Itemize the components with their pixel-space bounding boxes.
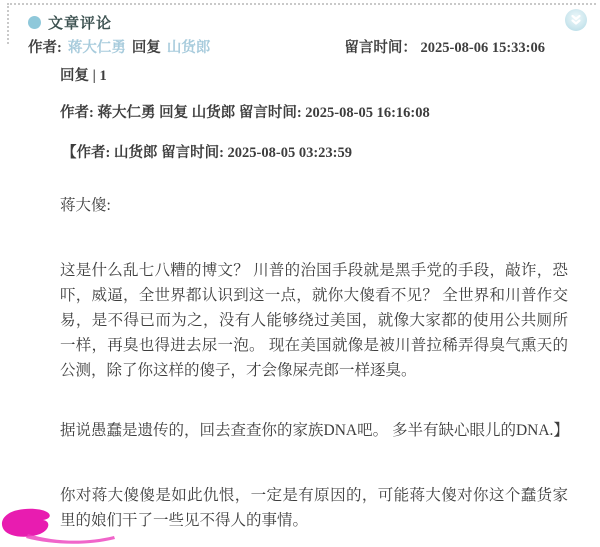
- comment-body: 蒋大傻: 这是什么乱七八糟的博文？ 川普的治国手段就是黑手党的手段，敲诈，恐吓，…: [60, 193, 568, 533]
- top-dotted-border: [7, 3, 596, 5]
- comment-meta-row: 作者: 蒋大仁勇 回复 山货郎 留言时间： 2025-08-06 15:33:0…: [28, 36, 545, 57]
- section-header: 文章评论: [28, 12, 112, 33]
- blue-dot-icon: [28, 16, 41, 29]
- double-chevron-down-icon: [569, 13, 583, 27]
- salutation: 蒋大傻:: [60, 193, 568, 218]
- reply-label: 回复: [132, 36, 161, 57]
- comment-paragraph: 据说愚蠢是遗传的，回去查查你的家族DNA吧。 多半有缺心眼儿的DNA.】: [60, 418, 568, 443]
- page-title: 文章评论: [48, 12, 112, 33]
- comment-timestamp: 留言时间： 2025-08-06 15:33:06: [344, 36, 545, 57]
- comment-paragraph: 你对蒋大傻傻是如此仇恨，一定是有原因的，可能蒋大傻对你这个蠢货家里的娘们干了一些…: [60, 483, 568, 533]
- reply-meta-line: 作者: 蒋大仁勇 回复 山货郎 留言时间: 2025-08-05 16:16:0…: [60, 101, 430, 122]
- reply-to-link[interactable]: 山货郎: [167, 36, 211, 57]
- author-link[interactable]: 蒋大仁勇: [68, 36, 126, 57]
- pink-marker-scribble-icon: [0, 505, 130, 547]
- scroll-down-button[interactable]: [565, 9, 587, 31]
- comment-page: 文章评论 作者: 蒋大仁勇 回复 山货郎 留言时间： 2025-08-06 15…: [0, 0, 600, 547]
- reply-count: 回复 | 1: [60, 64, 107, 85]
- quoted-meta-line: 【作者: 山货郎 留言时间: 2025-08-05 03:23:59: [62, 141, 352, 162]
- author-label: 作者:: [28, 36, 62, 57]
- left-dotted-border: [7, 3, 9, 44]
- comment-paragraph: 这是什么乱七八糟的博文？ 川普的治国手段就是黑手党的手段，敲诈，恐吓，威逼，全世…: [60, 258, 568, 383]
